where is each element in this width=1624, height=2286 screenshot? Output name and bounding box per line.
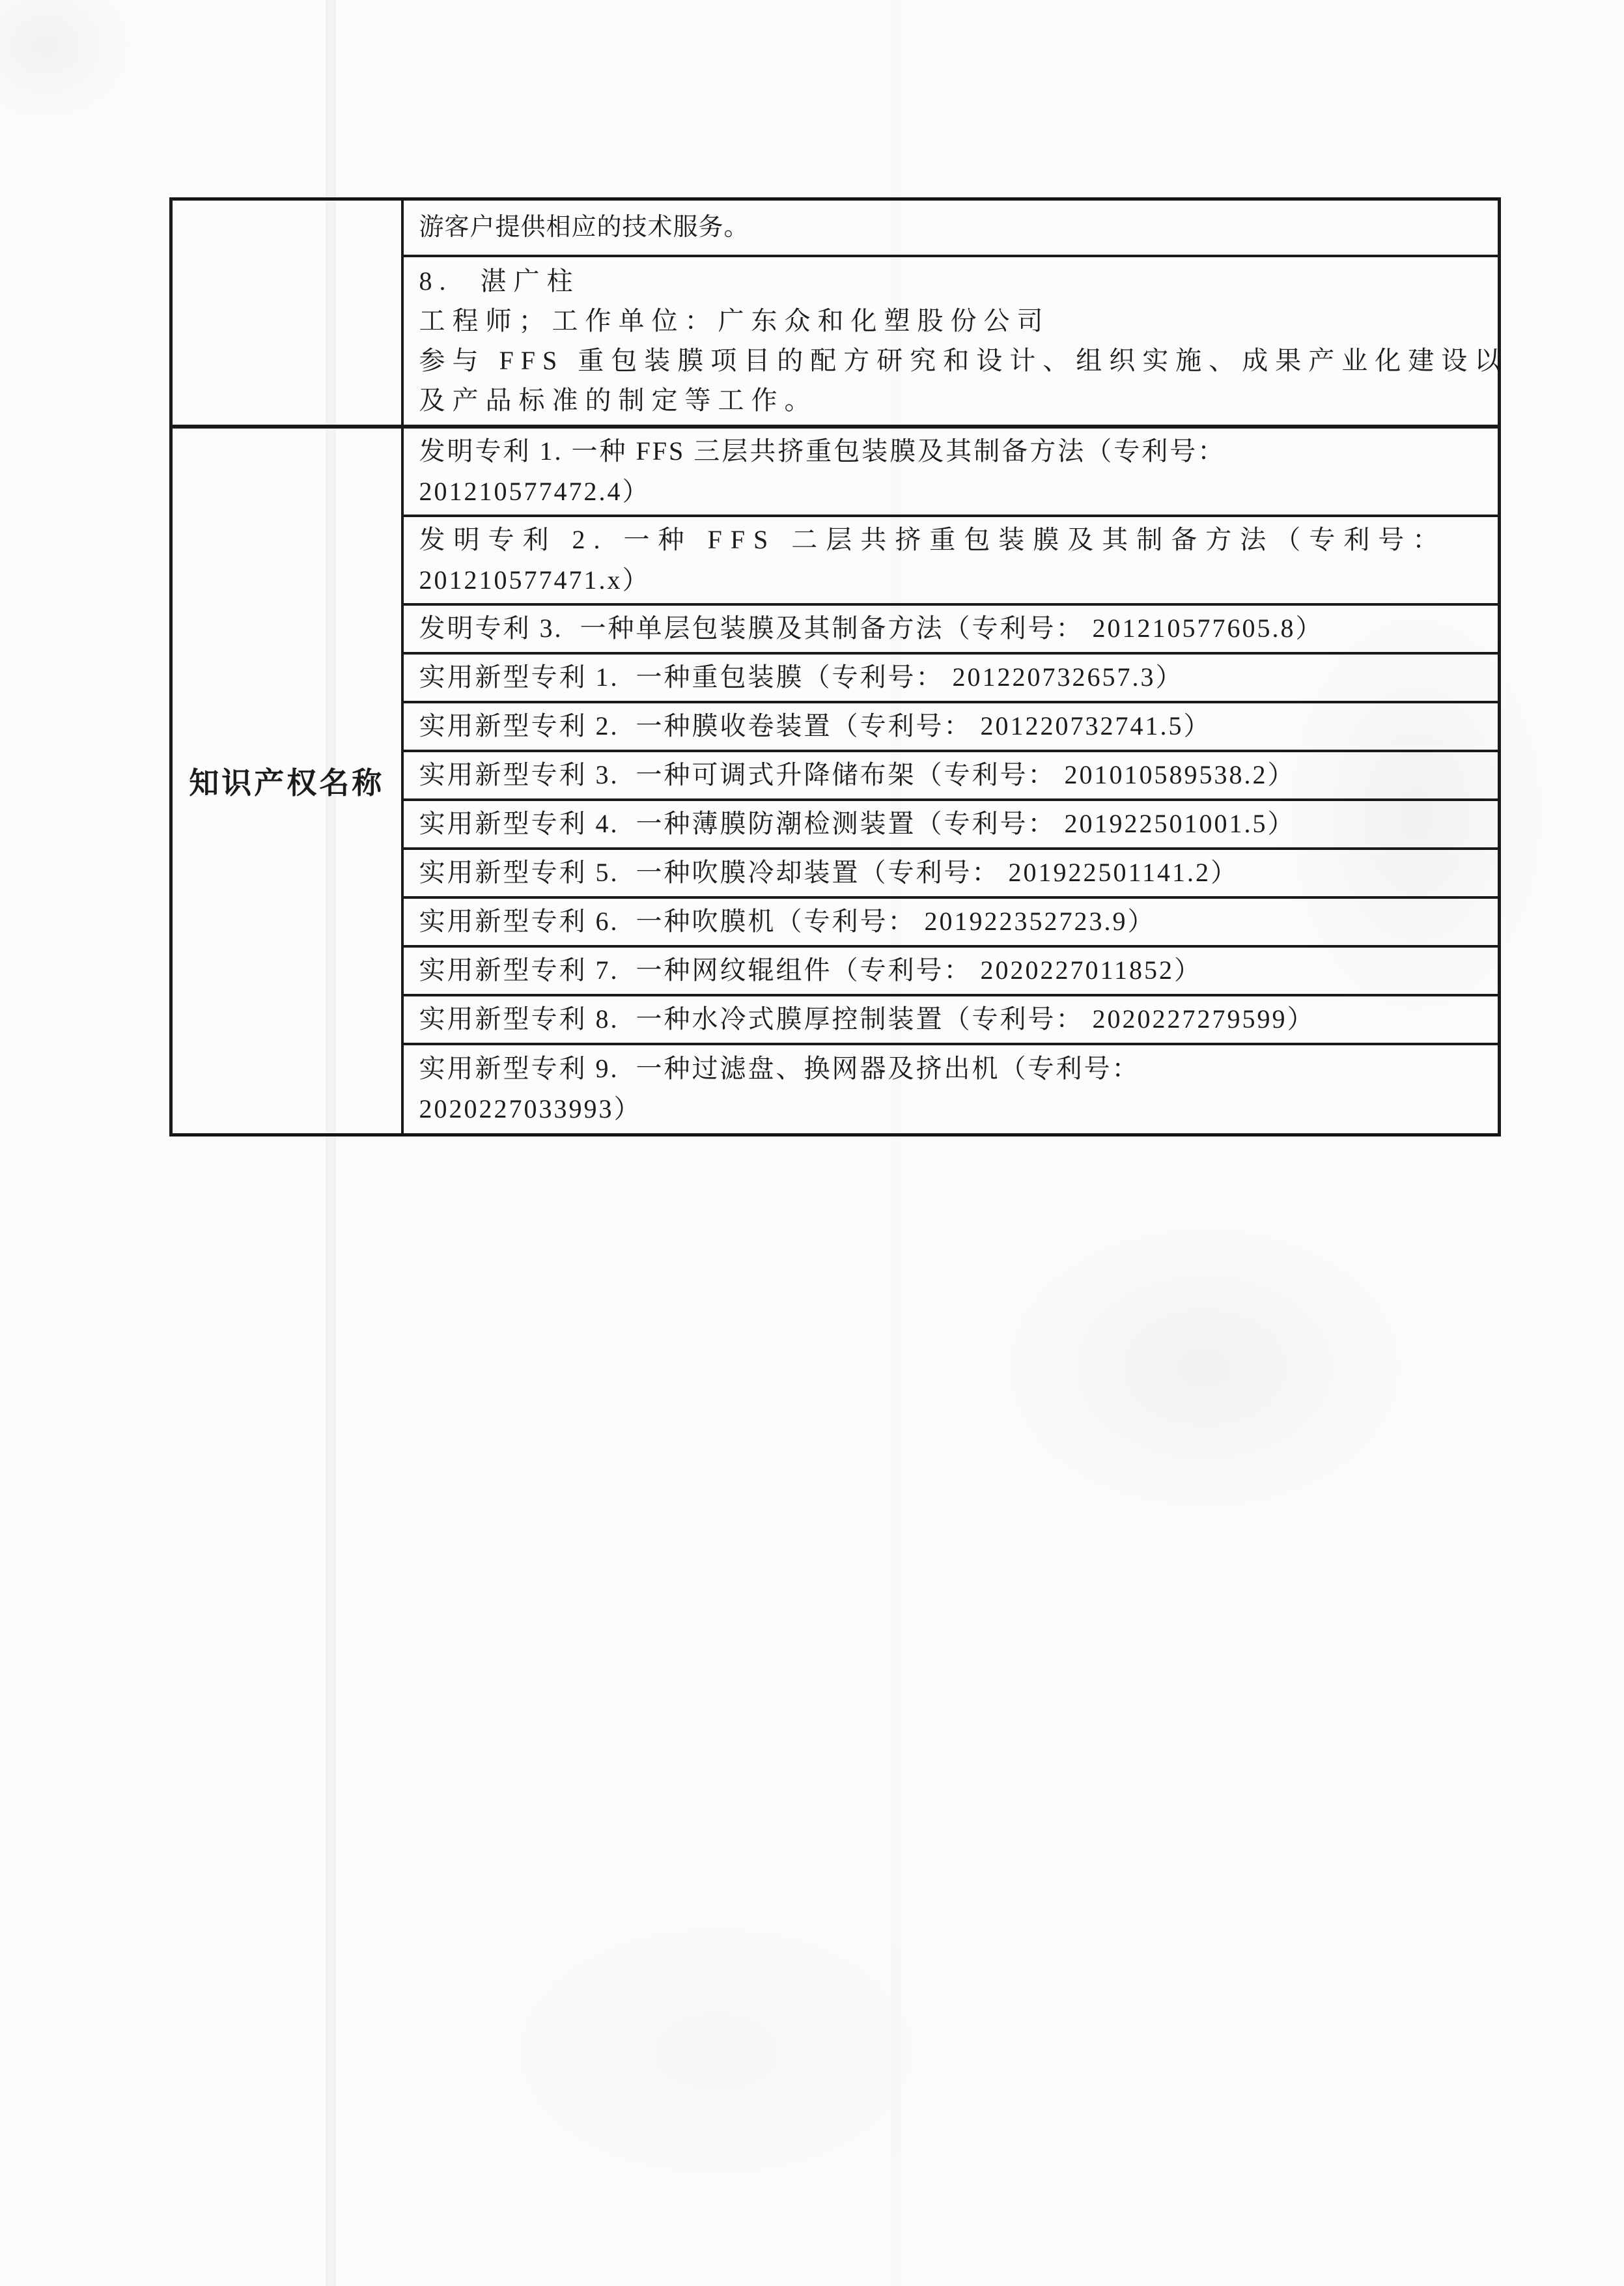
scan-artifact [456, 1889, 977, 2214]
patent-number-line: 201210577472.4） [419, 472, 1489, 512]
contributor-work-line-2: 及产品标准的制定等工作。 [419, 380, 1489, 420]
left-empty-cell [171, 199, 402, 427]
patent-cell: 实用新型专利 4. 一种薄膜防潮检测装置（专利号： 201922501001.5… [402, 800, 1500, 849]
patent-line: 实用新型专利 6. 一种吹膜机（专利号： 201922352723.9） [419, 901, 1489, 942]
patent-line: 实用新型专利 7. 一种网纹辊组件（专利号： 2020227011852） [419, 950, 1489, 991]
patent-line: 实用新型专利 8. 一种水冷式膜厚控制装置（专利号： 2020227279599… [419, 999, 1489, 1039]
patent-cell: 实用新型专利 5. 一种吹膜冷却装置（专利号： 201922501141.2） [402, 849, 1500, 897]
scan-artifact [0, 0, 143, 130]
patent-cell: 发明专利 3. 一种单层包装膜及其制备方法（专利号： 201210577605.… [402, 604, 1500, 653]
patent-cell: 实用新型专利 8. 一种水冷式膜厚控制装置（专利号： 2020227279599… [402, 995, 1500, 1044]
contributor-name-line: 8. 湛广柱 [419, 261, 1489, 301]
table-row: 知识产权名称 发明专利 1. 一种 FFS 三层共挤重包装膜及其制备方法（专利号… [171, 427, 1500, 516]
continuation-text-cell: 游客户提供相应的技术服务。 [402, 199, 1500, 256]
patent-cell: 实用新型专利 1. 一种重包装膜（专利号： 201220732657.3） [402, 653, 1500, 702]
patent-cell: 实用新型专利 9. 一种过滤盘、换网器及挤出机（专利号： 20202270339… [402, 1044, 1500, 1135]
ip-row-label-cell: 知识产权名称 [171, 427, 402, 1135]
patent-cell: 发明专利 2. 一种 FFS 二层共挤重包装膜及其制备方法（专利号： 20121… [402, 516, 1500, 604]
patent-line: 实用新型专利 5. 一种吹膜冷却装置（专利号： 201922501141.2） [419, 853, 1489, 893]
contributor-work-line-1: 参与 FFS 重包装膜项目的配方研究和设计、组织实施、成果产业化建设以 [419, 341, 1489, 380]
patent-cell: 实用新型专利 7. 一种网纹辊组件（专利号： 2020227011852） [402, 946, 1500, 995]
ip-document-table: 游客户提供相应的技术服务。 8. 湛广柱 工程师；工作单位：广东众和化塑股份公司… [169, 197, 1501, 1136]
patent-line: 实用新型专利 9. 一种过滤盘、换网器及挤出机（专利号： [419, 1049, 1489, 1089]
patent-line: 发明专利 2. 一种 FFS 二层共挤重包装膜及其制备方法（专利号： [419, 520, 1489, 560]
contributor-title-line: 工程师；工作单位：广东众和化塑股份公司 [419, 301, 1489, 341]
scan-artifact [977, 1205, 1433, 1531]
patent-number-line: 2020227033993） [419, 1089, 1489, 1129]
patent-line: 实用新型专利 2. 一种膜收卷装置（专利号： 201220732741.5） [419, 706, 1489, 746]
patent-cell: 发明专利 1. 一种 FFS 三层共挤重包装膜及其制备方法（专利号： 20121… [402, 427, 1500, 516]
patent-line: 发明专利 1. 一种 FFS 三层共挤重包装膜及其制备方法（专利号： [419, 431, 1489, 472]
patent-cell: 实用新型专利 6. 一种吹膜机（专利号： 201922352723.9） [402, 897, 1500, 946]
table-row: 游客户提供相应的技术服务。 [171, 199, 1500, 256]
patent-cell: 实用新型专利 3. 一种可调式升降储布架（专利号： 201010589538.2… [402, 751, 1500, 800]
continuation-text: 游客户提供相应的技术服务。 [419, 209, 1489, 246]
patent-line: 实用新型专利 3. 一种可调式升降储布架（专利号： 201010589538.2… [419, 755, 1489, 795]
patent-number-line: 201210577471.x） [419, 560, 1489, 600]
patent-line: 实用新型专利 4. 一种薄膜防潮检测装置（专利号： 201922501001.5… [419, 804, 1489, 844]
patent-cell: 实用新型专利 2. 一种膜收卷装置（专利号： 201220732741.5） [402, 702, 1500, 751]
ip-row-label: 知识产权名称 [173, 759, 401, 802]
patent-line: 实用新型专利 1. 一种重包装膜（专利号： 201220732657.3） [419, 657, 1489, 698]
scanned-document-page: 游客户提供相应的技术服务。 8. 湛广柱 工程师；工作单位：广东众和化塑股份公司… [0, 0, 1624, 2286]
patent-line: 发明专利 3. 一种单层包装膜及其制备方法（专利号： 201210577605.… [419, 608, 1489, 649]
contributor-cell: 8. 湛广柱 工程师；工作单位：广东众和化塑股份公司 参与 FFS 重包装膜项目… [402, 256, 1500, 427]
